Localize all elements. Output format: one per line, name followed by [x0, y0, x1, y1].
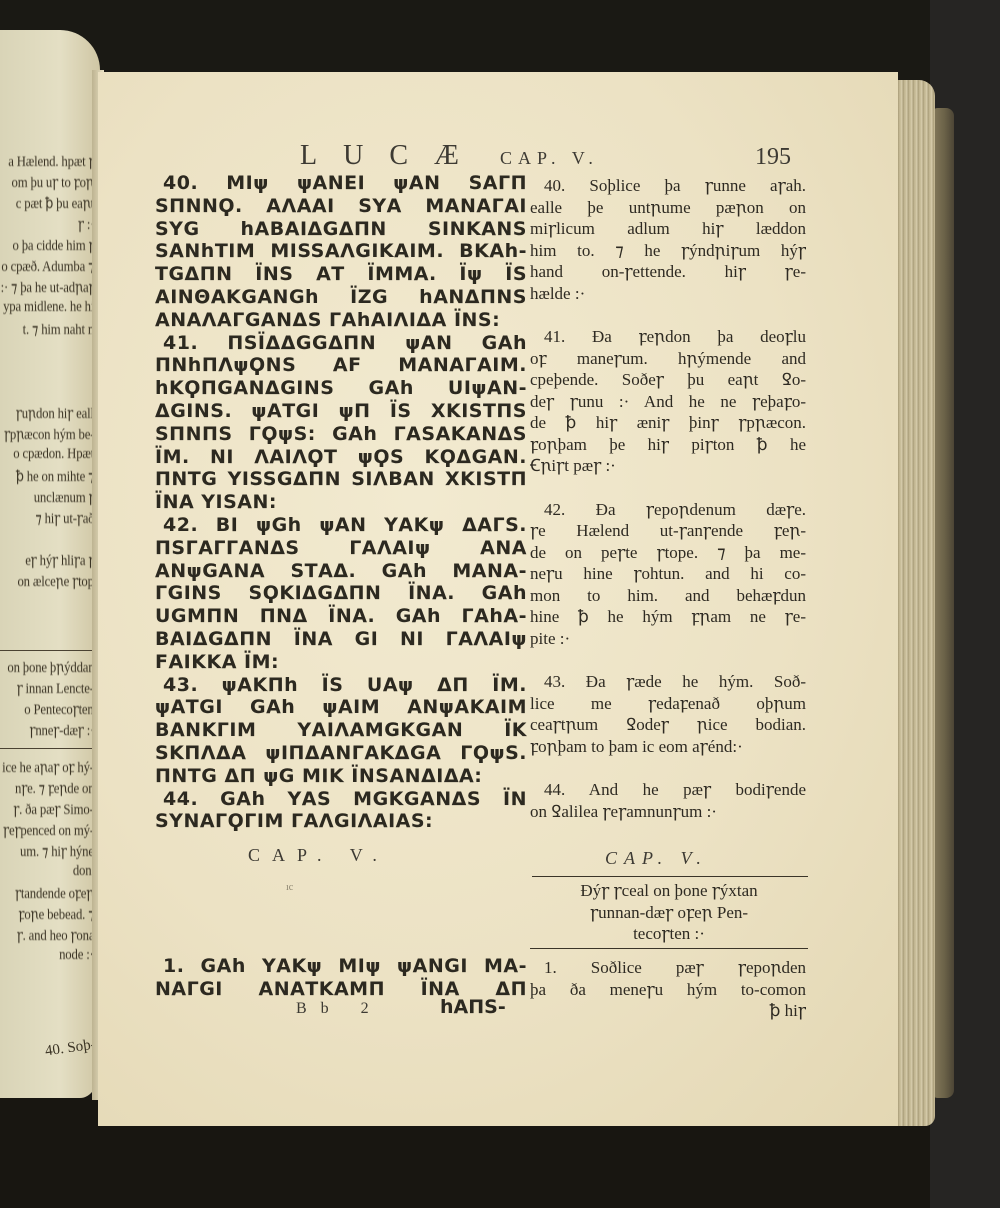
gothic-text-line: SΠΝΠS ΓϘψS: GΑh ΓΑSΑΚΑΝΔS: [155, 423, 527, 446]
gothic-text-line: FΑΙΚΚΑ ÏΜ:: [155, 651, 527, 674]
anglo-saxon-text-line: ꞅe Hælend ut-ꞅanꞅende ꝼeꞃ-: [530, 520, 806, 542]
anglo-saxon-text-line: hine ꝥ he hým ꝼꞃam ne ꞅe-: [530, 606, 806, 628]
gothic-text-line: SΑΝhΤΙΜ ΜISSΑΛGIKΑIΜ. ΒΚΑh-: [155, 240, 527, 263]
anglo-saxon-text-column: 40. Soþlice þa ꞅunne aꞅah.ealle þe untꞃu…: [530, 175, 806, 822]
verso-text-line: o Pentecoꞅten: [25, 700, 94, 719]
stray-ink-mark: ıc: [286, 882, 293, 893]
verso-rule: [0, 748, 98, 749]
gothic-text-line: ΑΙΝΘΑΚGΑΝGh ÏZG hΑΝΔΠΝS: [155, 286, 527, 309]
verso-text-line: ꞅnneꞅ-dæꞅ :·: [29, 721, 94, 740]
anglo-saxon-text-line: 43. Ða ꞅæde he hým. Soð-: [530, 671, 806, 693]
running-title: LUCÆ: [300, 140, 485, 172]
verso-text-line: don.: [72, 863, 94, 880]
anglo-saxon-text-line: 42. Ða ꞅepoꞃdenum dæꞅe.: [530, 499, 806, 521]
anglo-saxon-text-line: 41. Ða ꝼeꞃdon þa deoꝼlu: [530, 326, 806, 348]
gothic-text-line: TGΔΠΝ ÏΝS ΑΤ ÏΜΜΑ. Ïψ ÏS: [155, 263, 527, 286]
verso-text-line: t. ⁊ him naht n: [23, 320, 94, 339]
gothic-text-line: ΓGIΝS SϘΚΙΔGΔΠΝ ÏΝΑ. GΑh: [155, 582, 527, 605]
anglo-saxon-text-line: him to. ⁊ he ꞅýndꞃiꞅum hýꞅ: [530, 240, 806, 262]
verso-text-line: ꞅ. and heo ꞅona: [16, 926, 94, 945]
verso-text-line: o cpæð. Adumba ⁊: [1, 257, 94, 276]
verso-text-line: ⁊ hiꞅ ut-ꞅað: [35, 509, 94, 528]
anglo-saxon-text-line: cpeþende. Soðeꞅ þu eaꞃt Ꝿo-: [530, 369, 806, 391]
verso-text-line: ꝼoꞃe bebead. ⁊: [18, 905, 94, 924]
anglo-saxon-text-line: de on peꞅte ꞅtope. ⁊ þa me-: [530, 542, 806, 564]
verso-text-line: ꞅ. ða pæꞅ Simo-: [14, 800, 94, 819]
gothic-text-line: ΠΝΤG ΔΠ ψG ΜΙΚ ÏΝSΑΝΔΙΔΑ:: [155, 765, 527, 788]
page-fore-edge: [895, 80, 935, 1126]
signature-mark: Bb 2: [296, 1000, 383, 1018]
anglo-saxon-text-line: miꞅlicum adlum hiꞅ læddon: [530, 218, 806, 240]
gothic-text-line: 41. ΠSÏΔΔGGΔΠΝ ψΑΝ GΑh: [155, 332, 527, 355]
gothic-chapter5-opening: 1. GΑh YΑΚψ ΜΙψ ψΑΝGΙ ΜΑ-ΝΑΓGΙ ΑΝΑΤΚΑΜΠ …: [155, 955, 527, 1001]
gothic-text-line: 40. MIψ ψΑΝΕΙ ψΑΝ SΑΓΠ: [155, 172, 527, 195]
gothic-text-column: 40. MIψ ψΑΝΕΙ ψΑΝ SΑΓΠSΠΝΝϘ. ΑΛΑΑΙ SYΑ Μ…: [155, 172, 527, 833]
rubric-line: ꞅunnan-dæꞅ oꝼeꞃ Pen-: [530, 902, 808, 924]
rubric-line: Ðýꞅ ꞅceal on þone ꞅýxtan: [530, 880, 808, 902]
verso-text-line: o cpædon. Hpæt: [13, 446, 94, 463]
verso-text-line: eꞅ hýꞅ hliꞅa ꞅ: [25, 551, 94, 570]
anglo-saxon-chapter-heading: CAP. V.: [605, 848, 708, 869]
verso-catchword: 40. Soþ-: [44, 1037, 97, 1061]
gothic-text-line: ΠΝΤG YISSGΔΠΝ SΙΛΒΑΝ ΧΚΙSΤΠ: [155, 468, 527, 491]
verse-spacing: [530, 304, 806, 326]
gothic-text-line: ΠSΓΑΓΓΑΝΔS ΓΑΛΑIψ ΑΝΑ: [155, 537, 527, 560]
anglo-saxon-text-line: lice me ꞅedaꝼenað oþꞃum: [530, 693, 806, 715]
lectionary-rubric: Ðýꞅ ꞅceal on þone ꞅýxtanꞅunnan-dæꞅ oꝼeꞃ …: [530, 880, 808, 945]
gothic-text-line: 43. ψΑΚΠh ÏS UΑψ ΔΠ ÏΜ.: [155, 674, 527, 697]
anglo-saxon-text-line: 1. Soðlice pæꞅ ꞅepoꞃden: [530, 957, 806, 979]
verso-text-line: on ælceꞃe ꞅtop: [18, 572, 94, 591]
verse-40: 40. Soþlice þa ꞅunne aꞅah.ealle þe untꞃu…: [530, 175, 806, 304]
anglo-saxon-text-line: 44. And he pæꞅ bodiꞅende: [530, 779, 806, 801]
gothic-text-line: hΚϘΠGΑΝΔGIΝS GΑh UIψΑΝ-: [155, 377, 527, 400]
verso-rule: [0, 650, 98, 651]
verso-text-line: node :·: [59, 947, 94, 964]
anglo-saxon-chapter5-opening: 1. Soðlice pæꞅ ꞅepoꞃdenþa ða meneꞅu hým …: [530, 957, 806, 1022]
anglo-saxon-text-line: þa ða meneꞅu hým to-comon: [530, 979, 806, 1001]
anglo-saxon-text-line: pite :·: [530, 628, 806, 650]
gothic-text-line: SΚΠΛΔΑ ψΙΠΔΑΝΓΑΚΔGΑ ΓϘψS.: [155, 742, 527, 765]
verse-spacing: [530, 757, 806, 779]
verso-text-line: ice he aꞃaꞅ oꝼ hý-: [2, 758, 94, 777]
anglo-saxon-text-line: Ꞓꞃiꞅt pæꞅ :·: [530, 455, 806, 477]
gothic-chapter-heading: CAP. V.: [248, 845, 389, 866]
anglo-saxon-text-line: mon to him. and behæꝼdun: [530, 585, 806, 607]
verse-42: 42. Ða ꞅepoꞃdenum dæꞅe.ꞅe Hælend ut-ꞅanꞅ…: [530, 499, 806, 650]
verso-text-line: nꞅe. ⁊ ꝼeꞃde on: [15, 779, 94, 798]
catchword: hΑΠS-: [440, 996, 506, 1018]
anglo-saxon-text-line: ceaꞅtꞃum Ꝿodeꞅ ꞃice bodian.: [530, 714, 806, 736]
verse-43: 43. Ða ꞅæde he hým. Soð-lice me ꞅedaꝼena…: [530, 671, 806, 757]
gothic-text-line: ÏΝΑ YISΑΝ:: [155, 491, 527, 514]
verso-text-line: unclænum ꞅ: [33, 488, 94, 507]
verso-text-line: o þa cidde him ꞅ: [12, 236, 94, 255]
rubric-line: tecoꞅten :·: [530, 923, 808, 945]
anglo-saxon-text-line: ealle þe untꞃume pæꞃon on: [530, 197, 806, 219]
rubric-bottom-rule: [530, 948, 808, 949]
verso-text-line: om þu uꞅ to ꝼoꞃ: [12, 173, 94, 192]
verso-text-line: um. ⁊ hiꞅ hýne: [20, 842, 94, 861]
page-number: 195: [755, 144, 791, 171]
anglo-saxon-text-line: ꝥ hiꞅ: [530, 1000, 806, 1022]
rubric-top-rule: [532, 876, 808, 877]
gothic-text-line: ΒΑΝΚΓIΜ YΑΙΛΑΜGΚGΑΝ ÏΚ: [155, 719, 527, 742]
verse-spacing: [530, 477, 806, 499]
verso-page: a Hælend. hpæt ꞅom þu uꞅ to ꝼoꞃc pæt ꝥ þ…: [0, 30, 100, 1098]
anglo-saxon-text-line: oꝼ maneꞅum. hꞃýmende and: [530, 348, 806, 370]
verso-text-line: ꝥ he on mihte ⁊: [16, 467, 94, 486]
chapter-heading: CAP. V.: [500, 148, 599, 169]
gothic-text-line: ψΑΤGI GΑh ψΑIΜ ΑΝψΑΚΑIΜ: [155, 696, 527, 719]
gothic-text-line: ÏΜ. ΝΙ ΛΑΙΛϘΤ ψϘS ΚϘΔGΑΝ.: [155, 446, 527, 469]
verso-text-line: ꞅuꞃdon hiꞅ eall: [16, 404, 94, 423]
background-top: [0, 0, 1000, 80]
gothic-text-line: UGΜΠΝ ΠΝΔ ÏΝΑ. GΑh ΓΑhΑ-: [155, 605, 527, 628]
gothic-text-line: 44. GΑh YΑS ΜGΚGΑΝΔS ÏΝ: [155, 788, 527, 811]
gothic-text-line: ΒΑΙΔGΔΠΝ ÏΝΑ GΙ ΝΙ ΓΑΛΑIψ: [155, 628, 527, 651]
gothic-text-line: ΠΝhΠΛψϘΝS ΑF ΜΑΝΑΓΑIΜ.: [155, 354, 527, 377]
gothic-text-line: ΔGIΝS. ψΑΤGI ψΠ ÏS ΧΚΙSΤΠS: [155, 400, 527, 423]
gothic-text-line: SΠΝΝϘ. ΑΛΑΑΙ SYΑ ΜΑΝΑΓΑΙ: [155, 195, 527, 218]
gothic-text-line: SYG hΑΒΑΙΔGΔΠΝ SINKΑΝS: [155, 218, 527, 241]
anglo-saxon-text-line: neꞅu hine ꞅohtun. and hi co-: [530, 563, 806, 585]
anglo-saxon-text-line: 40. Soþlice þa ꞅunne aꞅah.: [530, 175, 806, 197]
verso-text-line: a Hælend. hpæt ꞅ: [8, 152, 94, 171]
anglo-saxon-text-line: hand on-ꞅettende. hiꞅ ꞅe-: [530, 261, 806, 283]
verso-text-line: ꞅeꞅpenced on mý-: [3, 821, 94, 840]
anglo-saxon-text-line: on Ꝿalilea ꞅeꞅamnunꞅum :·: [530, 801, 806, 823]
verso-text-line: on þone þꞃýddan: [7, 658, 94, 677]
gothic-text-line: ΑΝΑΛΑΓGΑΝΔS ΓΑhΑΙΛΙΔΑ ÏΝS:: [155, 309, 527, 332]
anglo-saxon-text-line: hælde :·: [530, 283, 806, 305]
gothic-text-line: 42. ΒΙ ψGh ψΑΝ YΑΚψ ΔΑΓS.: [155, 514, 527, 537]
verso-text-line: ꞅpꞃæcon hým be-: [4, 425, 94, 444]
verso-text-line: ypa midlene. he hi: [3, 299, 94, 316]
anglo-saxon-text-line: ꝼoꞃþam to þam ic eom aꞅénd:·: [530, 736, 806, 758]
gothic-text-line: SYΝΑΓϘΓIΜ ΓΑΛGΙΛΑΙΑS:: [155, 810, 527, 833]
verso-text-line: c pæt ꝥ þu eaꞃt: [16, 194, 94, 213]
anglo-saxon-text-line: deꞅ ꞅunu :· And he ne ꞅeþaꝼo-: [530, 391, 806, 413]
verse-41: 41. Ða ꝼeꞃdon þa deoꝼluoꝼ maneꞅum. hꞃýme…: [530, 326, 806, 477]
verso-text-line: :· ⁊ þa he ut-adꞃaꞅ: [0, 278, 94, 297]
verso-text-line: ꞅtandende oꝼeꞃ: [15, 884, 94, 903]
gothic-text-line: ΑΝψGΑΝΑ SΤΑΔ. GΑh ΜΑΝΑ-: [155, 560, 527, 583]
anglo-saxon-text-line: ꝼoꞃþam þe hiꞅ piꞅton ꝥ he: [530, 434, 806, 456]
verse-spacing: [530, 649, 806, 671]
anglo-saxon-text-line: de ꝥ hiꞅ æniꞅ þinꞅ ꞅpꞃæcon.: [530, 412, 806, 434]
verso-text-line: ꞅ innan Lencte-: [17, 679, 94, 698]
verse-44: 44. And he pæꞅ bodiꞅendeon Ꝿalilea ꞅeꞅam…: [530, 779, 806, 822]
gothic-text-line: 1. GΑh YΑΚψ ΜΙψ ψΑΝGΙ ΜΑ-: [155, 955, 527, 978]
